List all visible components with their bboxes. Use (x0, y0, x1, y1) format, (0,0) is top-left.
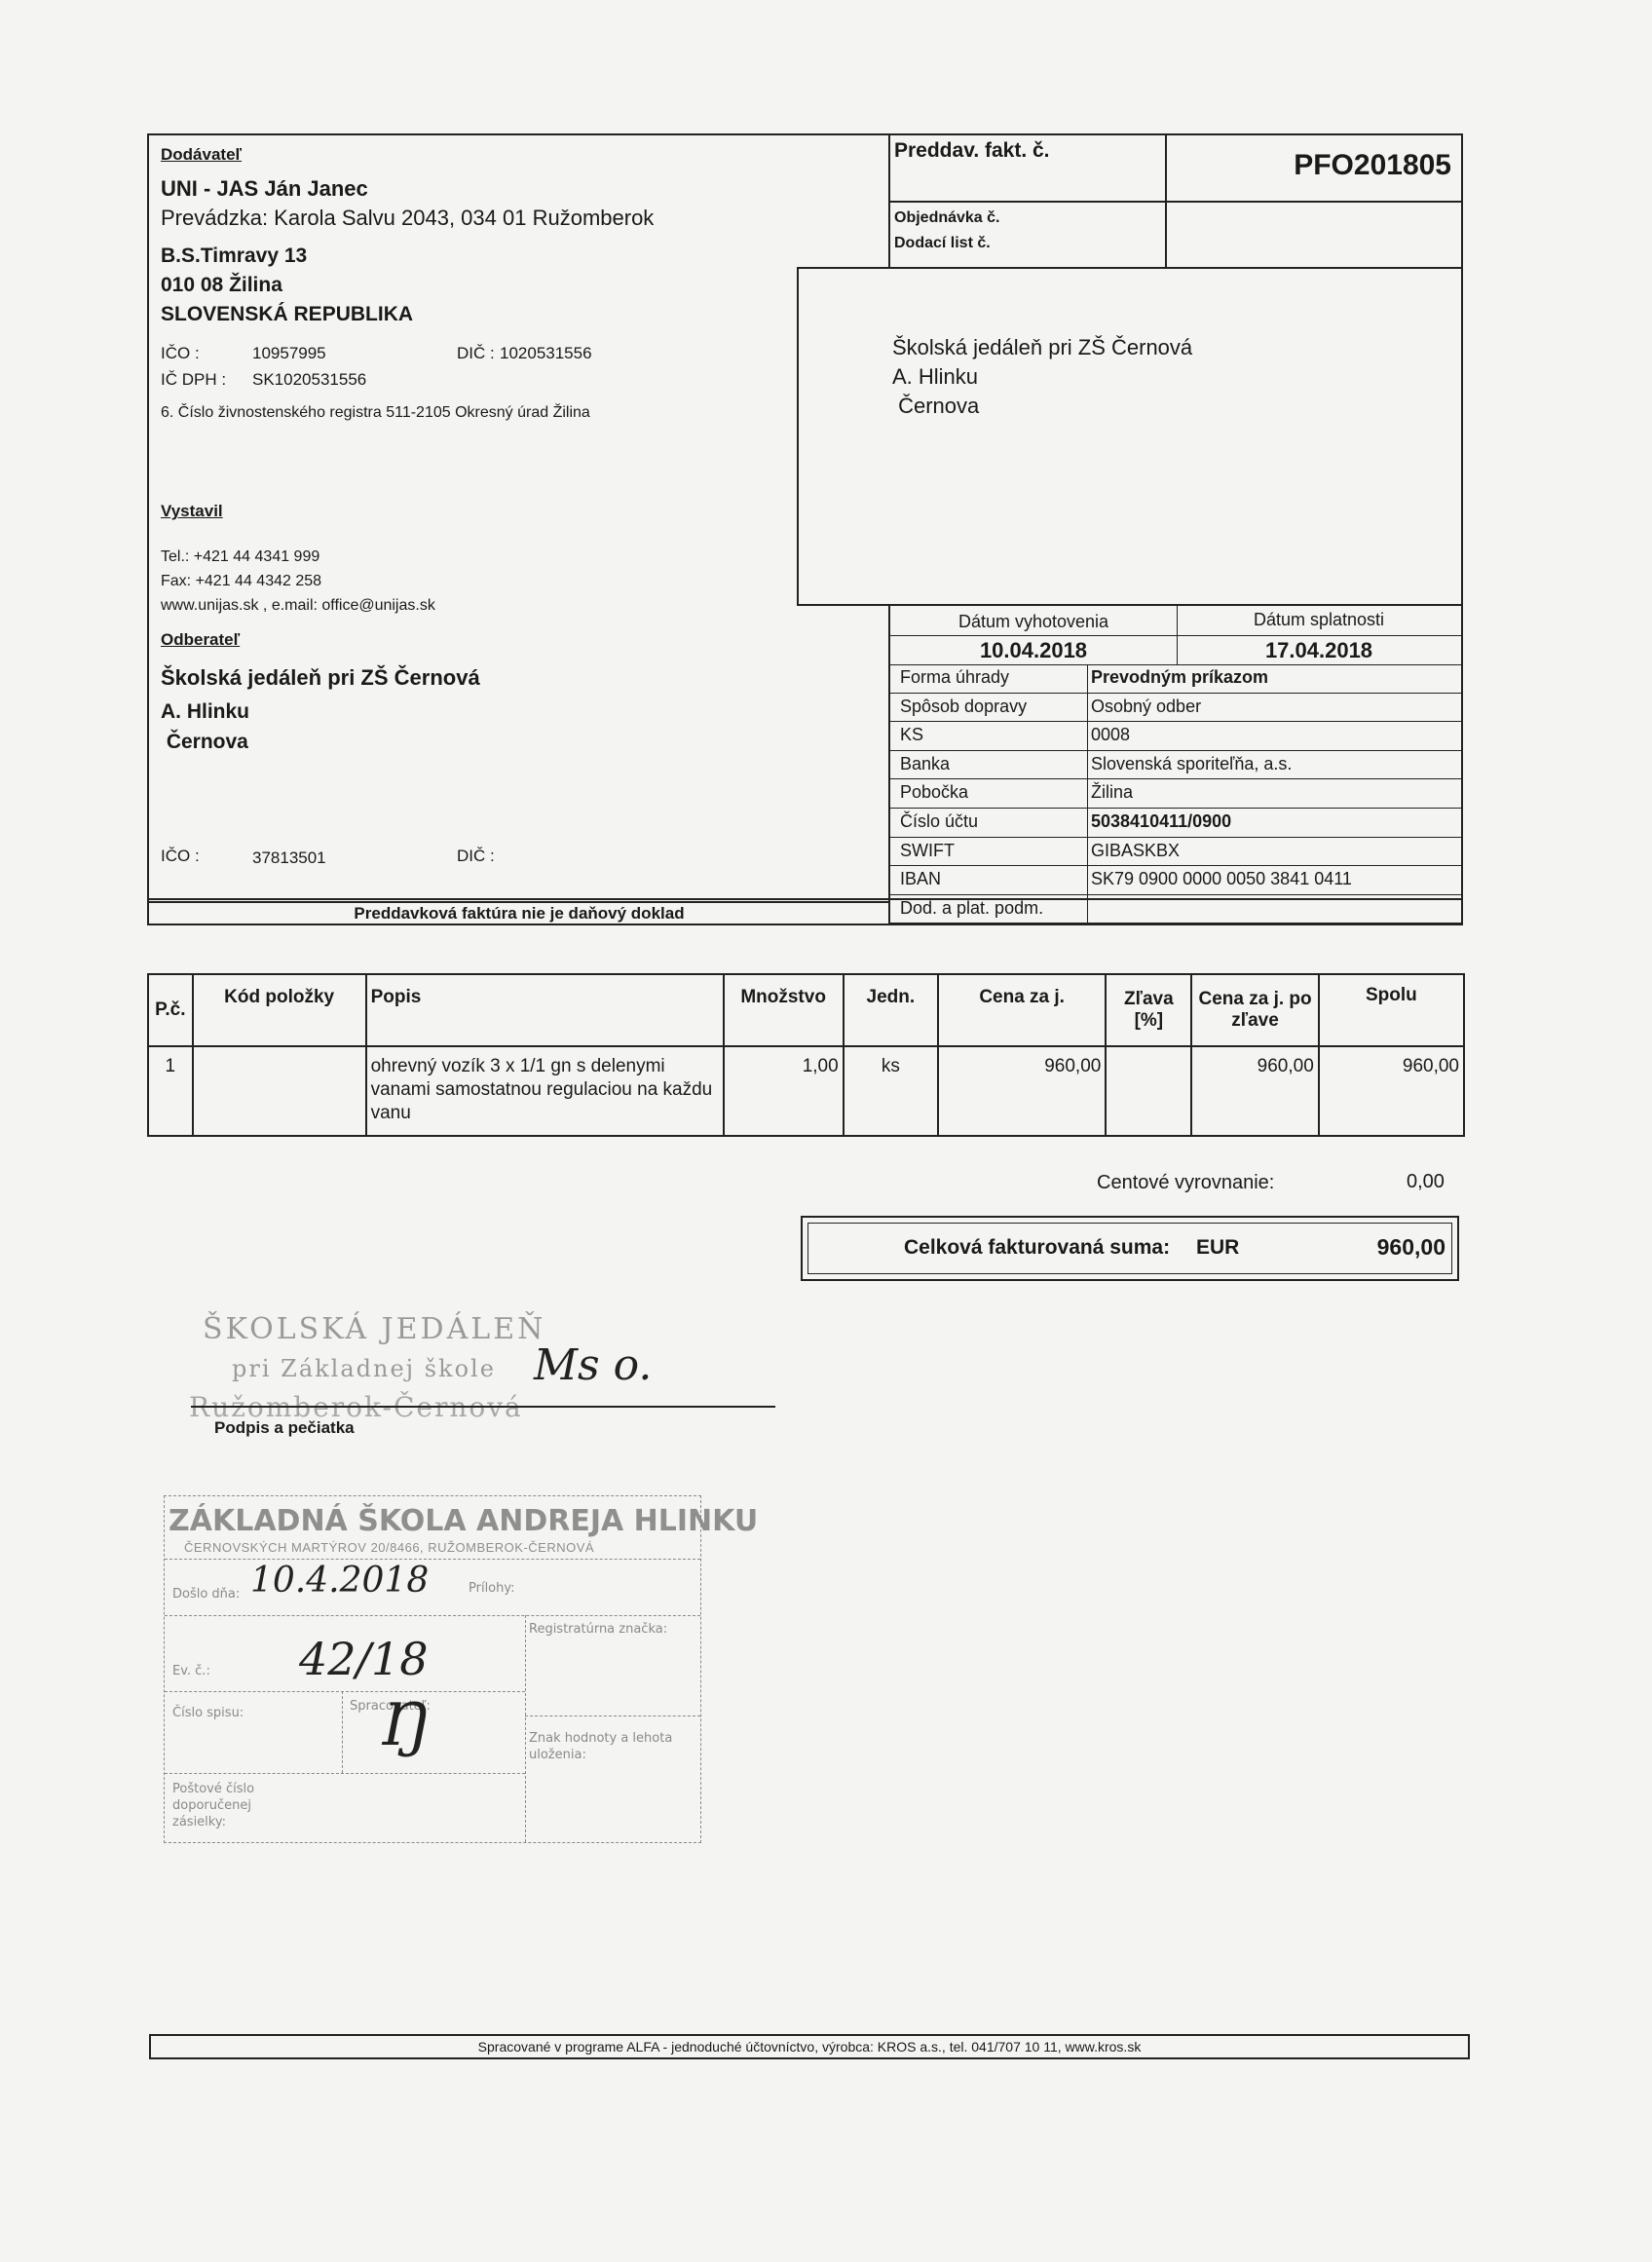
registry-address: ČERNOVSKÝCH MARTÝROV 20/8466, RUŽOMBEROK… (184, 1540, 594, 1555)
supplier-register: 6. Číslo živnostenského registra 511-210… (161, 404, 590, 422)
signature-handwriting: Ms o. (534, 1340, 652, 1390)
payment-row: Spôsob dopravyOsobný odber (890, 694, 1461, 723)
item-unit-price: 960,00 (938, 1046, 1106, 1136)
rounding-label: Centové vyrovnanie: (1097, 1172, 1274, 1194)
note-row: Preddavková faktúra nie je daňový doklad (147, 898, 1463, 925)
item-quantity: 1,00 (724, 1046, 844, 1136)
customer-street: A. Hlinku (161, 700, 249, 724)
item-total: 960,00 (1319, 1046, 1464, 1136)
total-label: Celková fakturovaná suma: (904, 1236, 1170, 1260)
total-box: Celková fakturovaná suma: EUR 960,00 (801, 1216, 1459, 1281)
payment-row-value: Prevodným príkazom (1091, 667, 1268, 688)
col-unit-price: Cena za j. (938, 974, 1106, 1046)
customer-ico-label: IČO : (161, 847, 200, 866)
col-quantity: Množstvo (724, 974, 844, 1046)
supplier-heading: Dodávateľ (161, 145, 242, 165)
divider (165, 1559, 700, 1560)
items-table: P.č. Kód položky Popis Množstvo Jedn. Ce… (147, 973, 1465, 1137)
customer-name: Školská jedáleň pri ZŠ Černová (161, 665, 480, 691)
tax-note: Preddavková faktúra nie je daňový doklad (149, 904, 889, 924)
divider (165, 1773, 525, 1774)
registry-mark-label: Registratúrna značka: (529, 1621, 667, 1638)
retention-label: Znak hodnoty a lehota uloženia: (529, 1730, 675, 1763)
total-currency: EUR (1196, 1236, 1239, 1260)
col-no: P.č. (148, 974, 193, 1046)
signature-line (191, 1406, 775, 1408)
divider (1087, 838, 1088, 866)
issuer-heading: Vystavil (161, 502, 223, 521)
divider (1087, 722, 1088, 750)
divider (1087, 751, 1088, 779)
divider (342, 1691, 343, 1773)
payment-row-value: Osobný odber (1091, 697, 1201, 717)
payment-row: SWIFTGIBASKBX (890, 838, 1461, 867)
due-date: 17.04.2018 (1177, 638, 1461, 663)
registry-title: ZÁKLADNÁ ŠKOLA ANDREJA HLINKU (169, 1504, 758, 1538)
col-price-after-discount: Cena za j. po zľave (1191, 974, 1318, 1046)
supplier-ico-label: IČO : (161, 344, 200, 363)
due-date-label: Dátum splatnosti (1177, 610, 1461, 630)
customer-heading: Odberateľ (161, 630, 240, 650)
footer: Spracované v programe ALFA - jednoduché … (149, 2034, 1470, 2059)
received-label: Došlo dňa: (172, 1586, 240, 1602)
postal-number-label: Poštové číslo doporučenej zásielky: (172, 1781, 270, 1830)
total-box-inner: Celková fakturovaná suma: EUR 960,00 (807, 1223, 1452, 1274)
attachments-label: Prílohy: (469, 1580, 515, 1597)
payment-row-label: SWIFT (900, 841, 955, 861)
divider (1087, 694, 1088, 722)
divider (890, 201, 1461, 203)
payment-row-label: Forma úhrady (900, 667, 1009, 688)
payment-row-label: Číslo účtu (900, 811, 978, 832)
item-number: 1 (148, 1046, 193, 1136)
customer-city: Černova (161, 731, 248, 754)
address-line-1: Školská jedáleň pri ZŠ Černová (892, 335, 1192, 360)
payment-row-label: IBAN (900, 869, 941, 889)
address-line-2: A. Hlinku (892, 364, 978, 390)
delivery-note-label: Dodací list č. (894, 235, 991, 252)
supplier-street: B.S.Timravy 13 (161, 245, 307, 268)
col-total: Spolu (1319, 974, 1464, 1046)
supplier-name: UNI - JAS Ján Janec (161, 176, 368, 202)
dates-block: Dátum vyhotovenia Dátum splatnosti 10.04… (890, 606, 1461, 665)
item-price-after-discount: 960,00 (1191, 1046, 1318, 1136)
divider (1087, 664, 1088, 693)
col-code: Kód položky (193, 974, 366, 1046)
divider (165, 1615, 700, 1616)
supplier-icdph-label: IČ DPH : (161, 370, 226, 390)
rounding-value: 0,00 (1407, 1171, 1445, 1193)
registry-stamp: ZÁKLADNÁ ŠKOLA ANDREJA HLINKU ČERNOVSKÝC… (164, 1495, 701, 1843)
payment-table: Dátum vyhotovenia Dátum splatnosti 10.04… (888, 606, 1463, 924)
received-date: 10.4.2018 (250, 1561, 429, 1601)
col-description: Popis (366, 974, 724, 1046)
ev-number: 42/18 (299, 1633, 429, 1685)
footer-text: Spracované v programe ALFA - jednoduché … (478, 2039, 1142, 2055)
total-amount: 960,00 (1377, 1234, 1445, 1261)
handler-signature: Ŋ (379, 1691, 429, 1759)
items-header-row: P.č. Kód položky Popis Množstvo Jedn. Ce… (148, 974, 1464, 1046)
item-unit: ks (844, 1046, 938, 1136)
payment-row-value: SK79 0900 0000 0050 3841 0411 (1091, 869, 1352, 889)
payment-row-value: GIBASKBX (1091, 841, 1180, 861)
item-code (193, 1046, 366, 1136)
payment-row-value: 5038410411/0900 (1091, 811, 1231, 832)
supplier-country: SLOVENSKÁ REPUBLIKA (161, 303, 413, 326)
payment-row-label: Spôsob dopravy (900, 697, 1027, 717)
divider (165, 1691, 525, 1692)
payment-row: Forma úhradyPrevodným príkazom (890, 664, 1461, 694)
divider (525, 1615, 526, 1842)
supplier-city: 010 08 Žilina (161, 274, 282, 297)
invoice-number-label: Preddav. fakt. č. (894, 139, 1050, 163)
col-discount: Zľava [%] (1106, 974, 1191, 1046)
invoice-number: PFO201805 (1294, 149, 1451, 182)
divider (1087, 779, 1088, 808)
issue-date-label: Dátum vyhotovenia (890, 612, 1177, 632)
payment-row-value: 0008 (1091, 725, 1130, 745)
signature-label: Podpis a pečiatka (214, 1418, 355, 1438)
item-discount (1106, 1046, 1191, 1136)
customer-dic-label: DIČ : (457, 847, 495, 866)
divider (1087, 866, 1088, 894)
address-window: Školská jedáleň pri ZŠ Černová A. Hlinku… (797, 267, 1463, 606)
payment-row: BankaSlovenská sporiteľňa, a.s. (890, 751, 1461, 780)
issuer-web-email: www.unijas.sk , e.mail: office@unijas.sk (161, 597, 435, 615)
item-description: ohrevný vozík 3 x 1/1 gn s delenymi vana… (366, 1046, 724, 1136)
payment-row-label: Pobočka (900, 782, 968, 803)
supplier-dic: 1020531556 (500, 344, 592, 363)
payment-row: Číslo účtu5038410411/0900 (890, 809, 1461, 838)
issue-date: 10.04.2018 (890, 638, 1177, 663)
customer-ico: 37813501 (252, 848, 326, 868)
payment-row-label: KS (900, 725, 923, 745)
divider (890, 635, 1461, 636)
divider (525, 1715, 700, 1716)
payment-row: KS0008 (890, 722, 1461, 751)
payment-row-value: Žilina (1091, 782, 1133, 803)
supplier-premises: Prevádzka: Karola Salvu 2043, 034 01 Ruž… (161, 206, 654, 231)
issuer-tel: Tel.: +421 44 4341 999 (161, 548, 319, 566)
canteen-stamp-line-1: ŠKOLSKÁ JEDÁLEŇ (203, 1312, 545, 1346)
supplier-ico: 10957995 (252, 344, 326, 363)
payment-row-label: Banka (900, 754, 950, 774)
issuer-fax: Fax: +421 44 4342 258 (161, 573, 321, 590)
address-line-3: Černova (892, 394, 979, 419)
col-unit: Jedn. (844, 974, 938, 1046)
canteen-stamp-line-2: pri Základnej škole (232, 1355, 496, 1382)
order-label: Objednávka č. (894, 209, 1000, 227)
ev-label: Ev. č.: (172, 1663, 210, 1679)
divider (1087, 809, 1088, 837)
payment-row: PobočkaŽilina (890, 779, 1461, 809)
payment-row: IBANSK79 0900 0000 0050 3841 0411 (890, 866, 1461, 895)
supplier-section: Dodávateľ UNI - JAS Ján Janec Prevádzka:… (147, 133, 890, 903)
file-number-label: Číslo spisu: (172, 1705, 244, 1721)
supplier-icdph: SK1020531556 (252, 370, 366, 390)
invoice-number-section: Preddav. fakt. č. PFO201805 Objednávka č… (888, 133, 1463, 270)
items-body: 1ohrevný vozík 3 x 1/1 gn s delenymi van… (148, 1046, 1464, 1136)
table-row: 1ohrevný vozík 3 x 1/1 gn s delenymi van… (148, 1046, 1464, 1136)
payment-row-value: Slovenská sporiteľňa, a.s. (1091, 754, 1292, 774)
supplier-dic-label: DIČ : (457, 344, 495, 363)
